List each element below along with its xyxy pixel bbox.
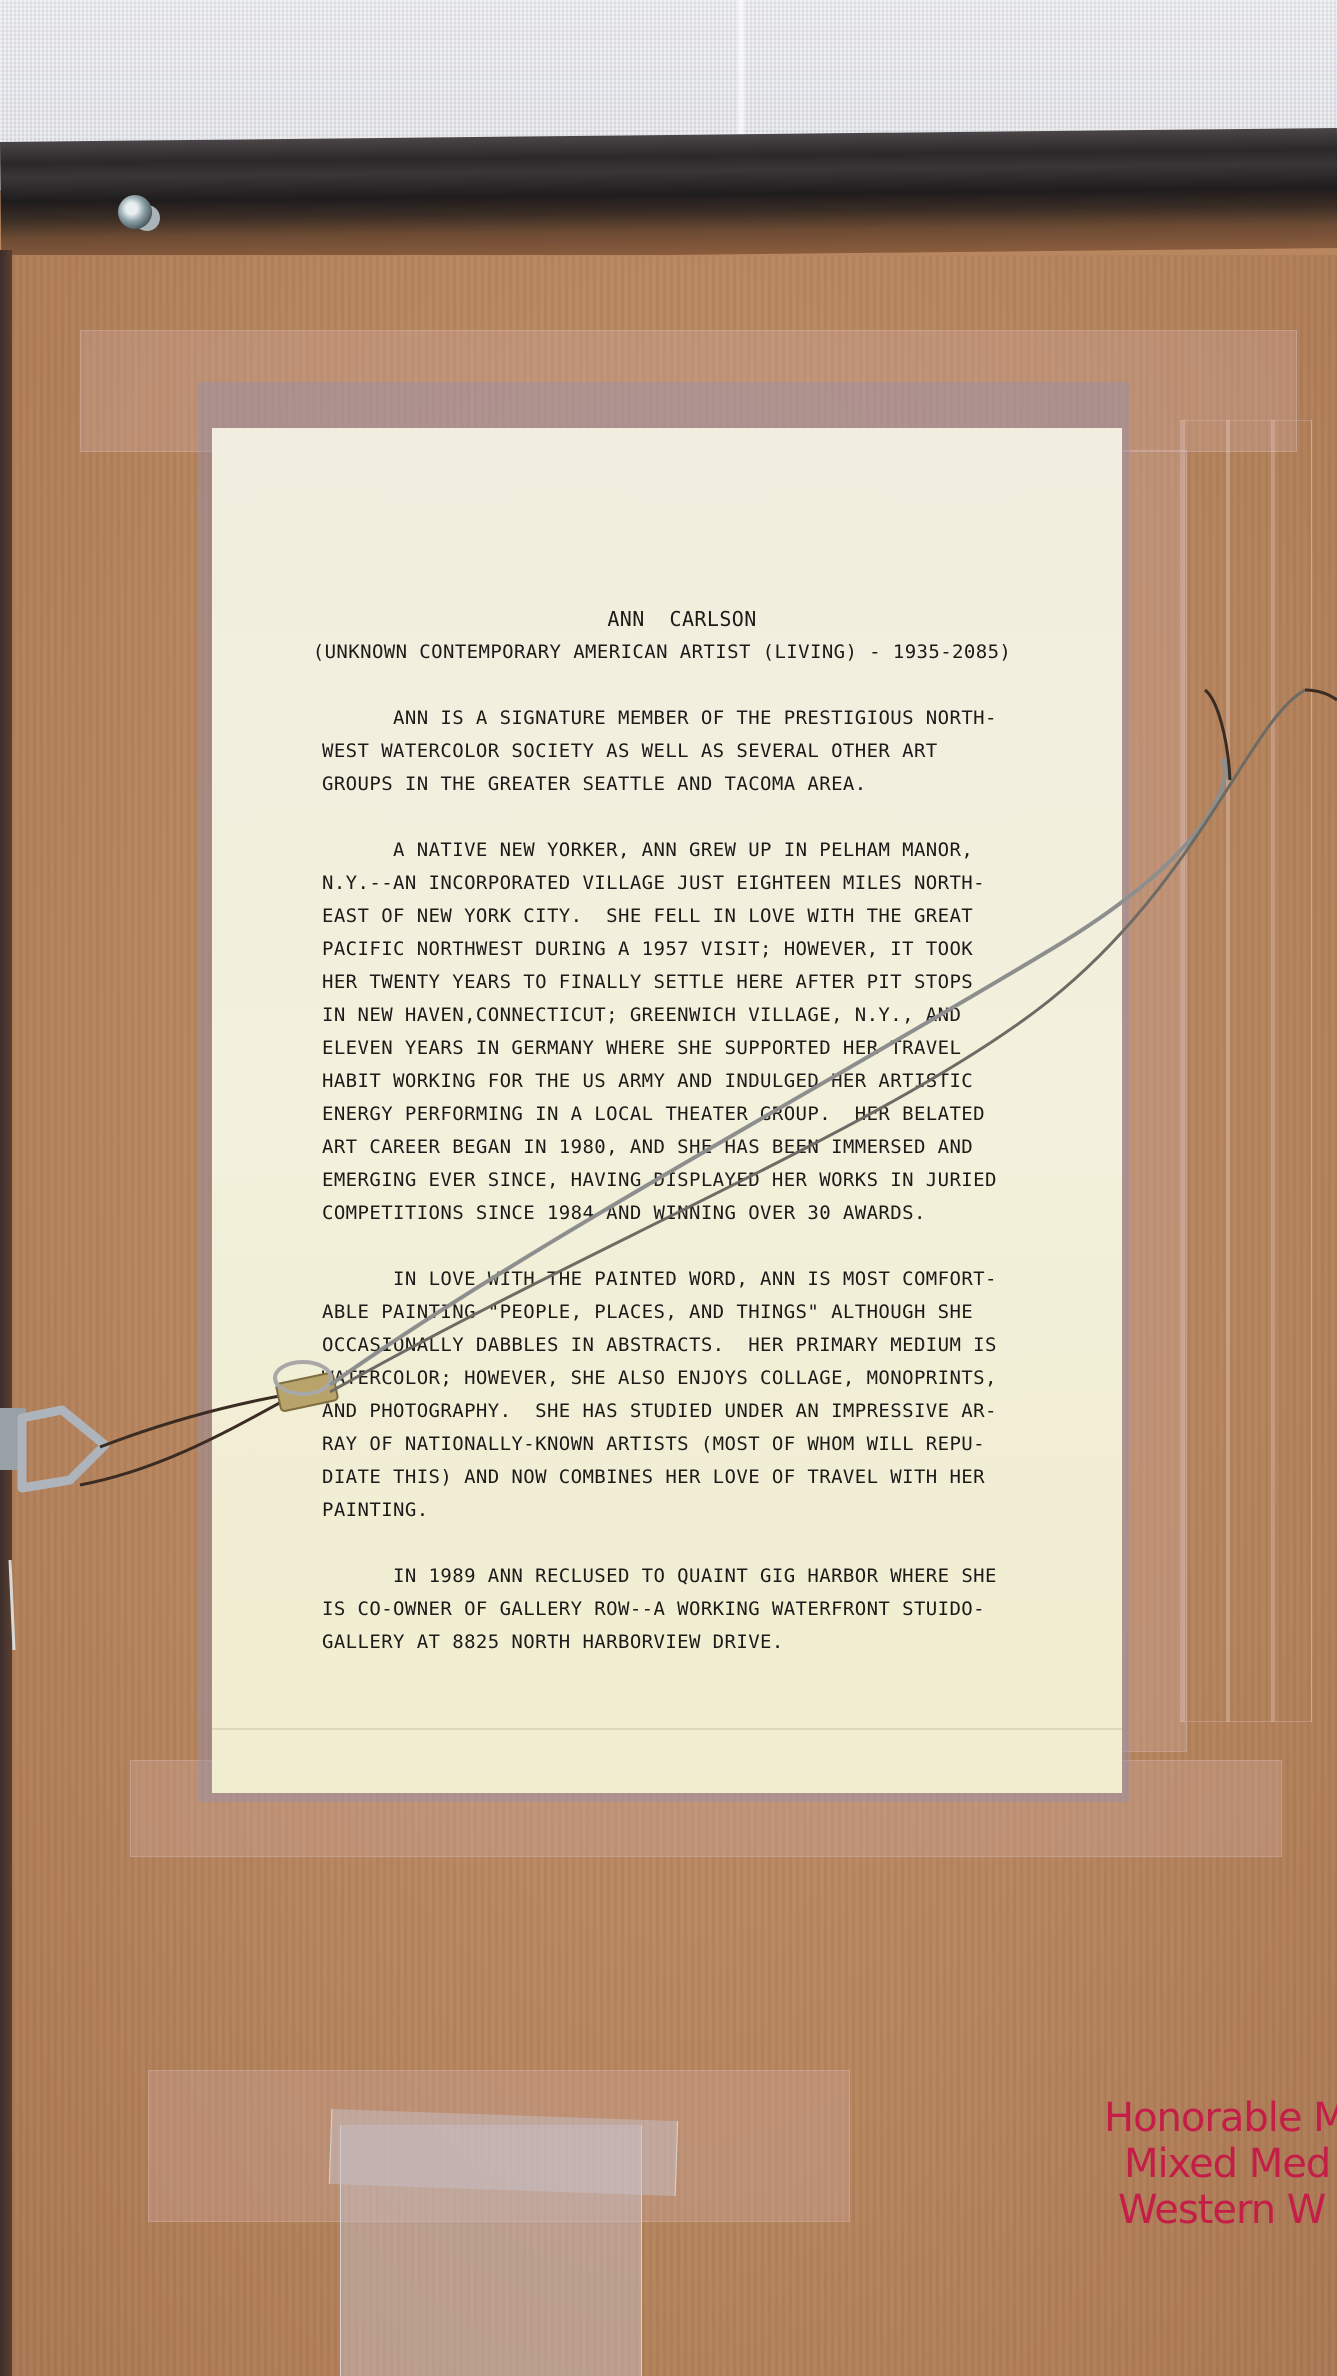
frame-top-rail — [0, 128, 1337, 262]
handwritten-award-note: Honorable M Mixed Med Western W — [1104, 2095, 1337, 2233]
clear-tape — [329, 2109, 678, 2196]
artist-subtitle: (UNKNOWN CONTEMPORARY AMERICAN ARTIST (L… — [282, 636, 1042, 669]
hanger-clip — [0, 1408, 26, 1470]
bio-text: ANN CARLSON (UNKNOWN CONTEMPORARY AMERIC… — [322, 603, 1042, 1692]
frame-left-rail — [0, 250, 12, 2376]
artist-bio-label: ANN CARLSON (UNKNOWN CONTEMPORARY AMERIC… — [212, 428, 1122, 1793]
bio-paragraph: IN LOVE WITH THE PAINTED WORD, ANN IS MO… — [322, 1263, 1042, 1527]
paper-fold — [212, 1728, 1122, 1730]
tape-residue — [1180, 420, 1312, 1722]
bio-paragraph: A NATIVE NEW YORKER, ANN GREW UP IN PELH… — [322, 834, 1042, 1230]
frame-screw-icon — [118, 195, 152, 229]
wall-seam — [738, 0, 744, 150]
handwritten-line: Western W — [1118, 2187, 1337, 2233]
handwritten-line: Honorable M — [1104, 2095, 1337, 2141]
bio-paragraph: ANN IS A SIGNATURE MEMBER OF THE PRESTIG… — [322, 702, 1042, 801]
bio-paragraph: IN 1989 ANN RECLUSED TO QUAINT GIG HARBO… — [322, 1560, 1042, 1659]
artist-name: ANN CARLSON — [322, 603, 1042, 636]
handwritten-line: Mixed Med — [1124, 2141, 1337, 2187]
